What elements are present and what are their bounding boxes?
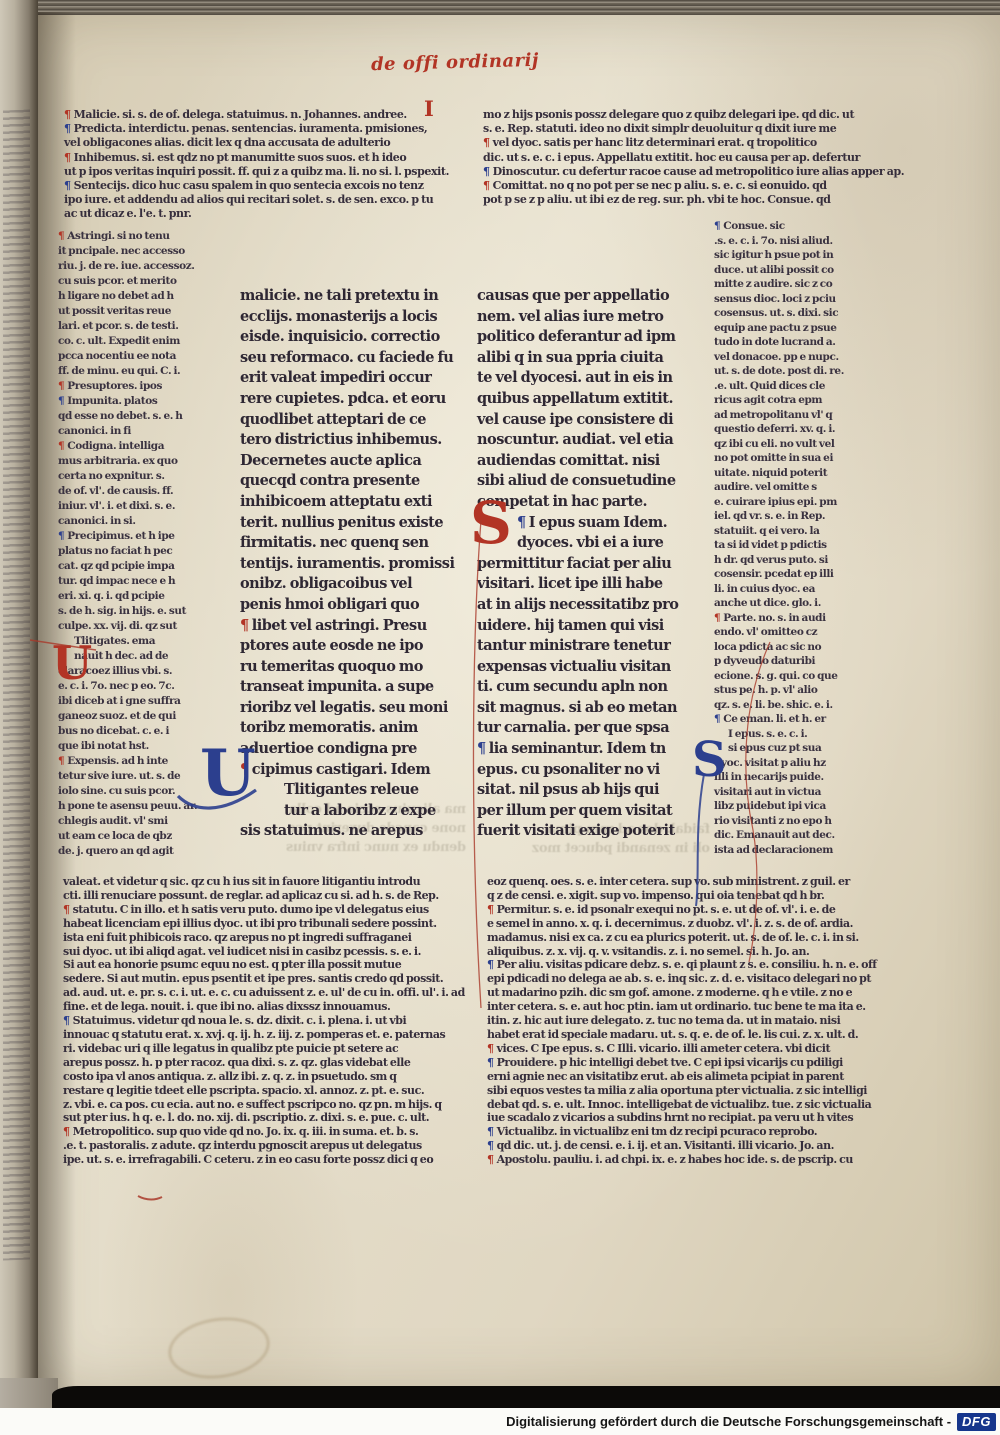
text-line: ut possit veritas reue — [58, 304, 236, 319]
text-line: p dyveudo daturibi — [714, 654, 864, 669]
text-line: toribz memoratis. anim — [240, 718, 466, 739]
text-line: vel cause ipe consistere di — [477, 410, 715, 431]
text-line: politico deferantur ad ipm — [477, 327, 715, 348]
paragraph-mark: ¶ — [64, 179, 71, 192]
paragraph-mark: ¶ — [63, 1125, 70, 1138]
margin-initial-u-red: U — [52, 640, 92, 686]
text-line: ¶Consue. sic — [714, 219, 864, 234]
text-line: sis statuimus. ne arepus — [240, 821, 466, 842]
text-line: canonici. in fi — [58, 424, 236, 439]
paragraph-mark: ¶ — [58, 230, 64, 242]
paragraph-mark: ¶ — [487, 1056, 494, 1069]
book-top-page-edges — [0, 0, 1000, 15]
text-line: ¶libet vel astringi. Presu — [240, 616, 466, 637]
text-line: ricus agit cotra epm — [714, 393, 864, 408]
text-line: valeat. et videtur q sic. qz cu h ius si… — [63, 875, 481, 889]
paragraph-mark: ¶ — [240, 617, 249, 634]
text-line: sibi equos vestes ta milia z alia oportu… — [487, 1084, 863, 1098]
text-line: ibi diceb at i gne suffra — [58, 694, 236, 709]
text-line: ru temeritas quoquo mo — [240, 657, 466, 678]
paragraph-mark: ¶ — [58, 380, 64, 392]
text-line: riu. j. de re. iue. accessoz. — [58, 259, 236, 274]
text-line: pcca nocentiu ee nota — [58, 349, 236, 364]
text-line: ipo iure. et addendu ad alios qui recita… — [64, 193, 444, 207]
text-line: certa no expnitur. s. — [58, 469, 236, 484]
text-line: lari. et pcor. s. de testi. — [58, 319, 236, 334]
text-line: audiendas comittat. nisi — [477, 451, 715, 472]
text-line: ut eam ce loca de qbz — [58, 829, 236, 844]
text-line: itin. z. hic aut iure delegato. z. tuc n… — [487, 1014, 863, 1028]
text-line: eoz quenq. oes. s. e. inter cetera. sup … — [487, 875, 863, 889]
text-line: mitte z audire. sic z co — [714, 277, 864, 292]
text-line: ut madarino pzih. dic sm gof. amone. z m… — [487, 986, 863, 1000]
text-line: eisde. inquisicio. correctio — [240, 327, 466, 348]
text-line: s. de h. sig. in hijs. e. sut — [58, 604, 236, 619]
text-line: ad. aud. ut. e. pr. s. c. i. ut. e. c. c… — [63, 986, 481, 1000]
paragraph-mark: ¶ — [487, 903, 494, 916]
text-line: de. j. quero an qd agit — [58, 844, 236, 859]
text-line: uidere. hij tamen qui visi — [477, 616, 715, 637]
text-line: eri. xi. q. i. qd pcipie — [58, 589, 236, 604]
text-line: ¶Victualibz. in victualibz eni tm dz rec… — [487, 1125, 863, 1139]
text-line: statuiit. q ei vero. la — [714, 524, 864, 539]
paragraph-mark: ¶ — [487, 958, 494, 971]
digitization-credit-bar: Digitalisierung gefördert durch die Deut… — [0, 1408, 1000, 1435]
text-line: noscuntur. audiat. vel etia — [477, 430, 715, 451]
text-line: it pncipale. nec accesso — [58, 244, 236, 259]
text-line: .e. t. pastoralis. z adute. qz interdu p… — [63, 1139, 481, 1153]
paragraph-mark: ¶ — [477, 740, 486, 757]
text-line: ta si id videt p pdictis — [714, 538, 864, 553]
text-line: ¶Prouidere. p hic intelligi debet tve. C… — [487, 1056, 863, 1070]
text-line: onibz. obligacoibus vel — [240, 574, 466, 595]
text-line: qz ibi cu eli. no vult vel — [714, 437, 864, 452]
text-line: ¶Metropolitico. sup quo vide qd no. Jo. … — [63, 1125, 481, 1139]
text-line: de of. vl'. de causis. ff. — [58, 484, 236, 499]
verso-showthrough-text — [3, 110, 30, 1261]
text-line: competat in hac parte. — [477, 492, 715, 513]
text-line: Decernetes aucte aplica — [240, 451, 466, 472]
text-line: canonici. in si. — [58, 514, 236, 529]
text-line: rio visitanti z no epo h — [714, 814, 864, 829]
text-line: ac ut dicaz e. l'e. t. pnr. — [64, 207, 444, 221]
text-line: ¶Predicta. interdictu. penas. sentencias… — [64, 122, 444, 136]
text-line: innouac q statutu erat. x. xvj. q. ij. h… — [63, 1028, 481, 1042]
text-line: rioribz vel legatis. seu moni — [240, 698, 466, 719]
bottom-gloss-right: eoz quenq. oes. s. e. inter cetera. sup … — [487, 875, 863, 1167]
text-line: sit magnus. si ab eo metan — [477, 698, 715, 719]
text-line: sedere. Si aut mutin. epus psentit et ip… — [63, 972, 481, 986]
text-line: ¶Dinoscutur. cu defertur racoe cause ad … — [483, 165, 863, 179]
text-line: tur a laboribz z expe — [240, 801, 466, 822]
text-line: chlegis audit. vl' smi — [58, 814, 236, 829]
text-line: ad metropolitanu vl' q — [714, 408, 864, 423]
main-text-column-left: malicie. ne tali pretextu inecclijs. mon… — [240, 286, 466, 842]
text-line: mus arbitraria. ex quo — [58, 454, 236, 469]
illuminated-initial-s-red: S — [470, 494, 512, 552]
illuminated-initial-u-blue: U — [200, 742, 256, 806]
text-line: arepus possz. h. p pter racoz. qua dixi.… — [63, 1056, 481, 1070]
text-line: ¶Codigna. intelliga — [58, 439, 236, 454]
text-line: ganeoz suoz. et de qui — [58, 709, 236, 724]
text-line: nem. vel alias iure metro — [477, 307, 715, 328]
text-line: duce. ut alibi possit co — [714, 263, 864, 278]
text-line: quodlibet atteptari de ce — [240, 410, 466, 431]
text-line: Si aut ea honorie psumc equu no est. q p… — [63, 958, 481, 972]
text-line: quibus appellatum extitit. — [477, 389, 715, 410]
text-line: permittitur faciat per aliu — [477, 554, 715, 575]
text-line: ¶qd dic. ut. j. de censi. e. i. ij. et a… — [487, 1139, 863, 1153]
text-line: fine. et de lega. nouit. i. que ibi no. … — [63, 1000, 481, 1014]
text-line: qd esse no debet. s. e. h — [58, 409, 236, 424]
text-line: dyoc. visitat p aliu hz — [714, 756, 864, 771]
text-line: qz. s. e. li. be. shic. e. i. — [714, 698, 864, 713]
text-line: ipe. ut. s. e. irrefragabili. C ceteru. … — [63, 1153, 481, 1167]
text-line: mo z hijs psonis possz delegare quo z qu… — [483, 108, 863, 122]
text-line: epi pdicadi no delega ae ab. s. e. inq s… — [487, 972, 863, 986]
text-line: causas que per appellatio — [477, 286, 715, 307]
text-line: visitari. licet ipe illi habe — [477, 574, 715, 595]
text-line: loca pdicta ac sic no — [714, 640, 864, 655]
text-line: epus. cu psonaliter no vi — [477, 760, 715, 781]
paragraph-mark: ¶ — [483, 136, 490, 149]
scan-black-band — [52, 1386, 1000, 1408]
paragraph-mark: ¶ — [63, 1014, 70, 1027]
text-line: ¶statutu. C in illo. et h satis veru put… — [63, 903, 481, 917]
text-line: habeat licenciam epi illius dyoc. ut ibi… — [63, 917, 481, 931]
text-line: endo. vl' omitteo cz — [714, 625, 864, 640]
paragraph-mark: ¶ — [58, 755, 64, 767]
text-line: habet erat id speciale madaru. ut. s. q.… — [487, 1028, 863, 1042]
text-line: cu suis pcor. et merito — [58, 274, 236, 289]
paragraph-mark: ¶ — [64, 122, 71, 135]
text-line: malicie. ne tali pretextu in — [240, 286, 466, 307]
text-line: cosensir. pcedat ep illi — [714, 567, 864, 582]
paragraph-mark: ¶ — [64, 108, 71, 121]
text-line: ¶Statuimus. videtur qd noua le. s. dz. d… — [63, 1014, 481, 1028]
text-line: ut. s. de dote. post di. re. — [714, 364, 864, 379]
text-line: ¶Sentecijs. dico huc casu spalem in quo … — [64, 179, 444, 193]
top-gloss-left: ¶Malicie. si. s. de of. delega. statuimu… — [64, 108, 444, 222]
text-line: transeat impunita. a supe — [240, 677, 466, 698]
text-line: z. vbi. e. ca pos. cu ecia. aut no. e su… — [63, 1098, 481, 1112]
text-line: .e. ult. Quid dices cle — [714, 379, 864, 394]
text-line: ¶Presuptores. ipos — [58, 379, 236, 394]
text-line: ¶Permitur. s. e. id psonalr exequi no pt… — [487, 903, 863, 917]
text-line: ¶Comittat. no q no pot per se nec p aliu… — [483, 179, 863, 193]
paragraph-mark: ¶ — [483, 165, 490, 178]
text-line: tur. qd impac nece e h — [58, 574, 236, 589]
main-text-column-right: causas que per appellationem. vel alias … — [477, 286, 715, 842]
paragraph-mark: ¶ — [63, 903, 70, 916]
text-line: ff. de minu. eu qui. C. i. — [58, 364, 236, 379]
text-line: ecione. s. g. qui. co que — [714, 669, 864, 684]
manuscript-scan: de offi ordinarij I ma alicuius eccie ad… — [0, 0, 1000, 1435]
text-line: iniur. vl'. i. et dixi. s. e. — [58, 499, 236, 514]
text-line: alibi q in sua ppria ciuita — [477, 348, 715, 369]
text-line: tero districtius inhibemus. — [240, 430, 466, 451]
text-line: sic igitur h psue pot in — [714, 248, 864, 263]
text-line: illi in necarijs puide. — [714, 770, 864, 785]
bottom-gloss-left: valeat. et videtur q sic. qz cu h ius si… — [63, 875, 481, 1167]
paragraph-mark: ¶ — [487, 1139, 494, 1152]
paragraph-mark: ¶ — [517, 514, 526, 531]
text-line: fuerit visitati exige poterit — [477, 821, 715, 842]
text-line: costo ipa vl anos antiqua. z. allz ibi. … — [63, 1070, 481, 1084]
text-line: ri. videbac uri q ille legatus in qualib… — [63, 1042, 481, 1056]
paragraph-mark: ¶ — [487, 1153, 494, 1166]
text-line: uitate. niquid poterit — [714, 466, 864, 481]
text-line: aliquibus. z. x. vij. q. v. vsitandis. z… — [487, 945, 863, 959]
text-line: Tlitigantes releue — [240, 780, 466, 801]
text-line: tantur ministrare tenetur — [477, 636, 715, 657]
text-line: culpe. xx. vij. di. qz sut — [58, 619, 236, 634]
text-line: ¶Per aliu. visitas pdicare debz. s. e. q… — [487, 958, 863, 972]
text-line: sibi aliud de consuetudine — [477, 471, 715, 492]
text-line: h dr. qd verus puto. si — [714, 553, 864, 568]
text-line: visitari aut in victua — [714, 785, 864, 800]
text-line: .s. e. c. i. 7o. nisi aliud. — [714, 234, 864, 249]
text-line: cosensus. ut. s. dixi. sic — [714, 306, 864, 321]
text-line: quecqd contra presente — [240, 471, 466, 492]
paragraph-mark: ¶ — [58, 395, 64, 407]
paragraph-mark: ¶ — [487, 1125, 494, 1138]
text-line: sitat. nil psus ab hijs qui — [477, 780, 715, 801]
text-line: inter cetera. s. e. aut hoc ptin. iam ut… — [487, 1000, 863, 1014]
text-line: ut p ipos veritas inquiri possit. ff. qu… — [64, 165, 444, 179]
text-line: tur carnalia. per que spsa — [477, 718, 715, 739]
text-line: rere cupietes. pdca. et eoru — [240, 389, 466, 410]
text-line: expensas victualiu visitan — [477, 657, 715, 678]
text-line: ¶Astringi. si no tenu — [58, 229, 236, 244]
text-line: ¶Malicie. si. s. de of. delega. statuimu… — [64, 108, 444, 122]
text-line: iue scadalo z vicarios a subdins hrnt no… — [487, 1111, 863, 1125]
text-line: co. c. ult. Expedit enim — [58, 334, 236, 349]
text-line: madamus. nisi ex ca. z cu ea plurics pot… — [487, 931, 863, 945]
text-line: penis hmoi obligari quo — [240, 595, 466, 616]
dfg-logo: DFG — [957, 1413, 996, 1431]
text-line: tudo in dote lucrand a. — [714, 335, 864, 350]
text-line: anche ut dice. glo. i. — [714, 596, 864, 611]
paragraph-mark: ¶ — [64, 151, 71, 164]
text-line: ¶Apostolu. pauliu. i. ad chpi. ix. e. z … — [487, 1153, 863, 1167]
text-line: seu reformaco. cu faciede fu — [240, 348, 466, 369]
paragraph-mark: ¶ — [58, 440, 64, 452]
text-line: erit valeat impediri occur — [240, 368, 466, 389]
text-line: sui dyoc. ut ibi aliqd agat. vel iudicet… — [63, 945, 481, 959]
text-line: si epus cuz pt sua — [714, 741, 864, 756]
text-line: dic. ut s. e. c. i epus. Appellatu extit… — [483, 151, 863, 165]
text-line: ¶Ce eman. li. et h. er — [714, 712, 864, 727]
paragraph-mark: ¶ — [714, 220, 720, 232]
text-line: aduertioe condigna pre — [240, 739, 466, 760]
paragraph-mark: ¶ — [487, 1042, 494, 1055]
text-line: ¶Precipimus. et h ipe — [58, 529, 236, 544]
text-line: ¶Impunita. platos — [58, 394, 236, 409]
text-line: ¶vices. C Ipe epus. s. C Illi. vicario. … — [487, 1042, 863, 1056]
text-line: vel donacoe. pp e nupc. — [714, 350, 864, 365]
text-line: ista eni fuit phibicois raco. qz arepus … — [63, 931, 481, 945]
text-line: libz puidebut ipi vica — [714, 799, 864, 814]
text-line: q z de censi. e. xigit. sup vo. impenso.… — [487, 889, 863, 903]
text-line: ista ad declaracionem — [714, 843, 864, 858]
text-line: cti. illi renuciare possunt. de reglar. … — [63, 889, 481, 903]
text-line: iel. qd vr. s. e. in Rep. — [714, 509, 864, 524]
text-line: ¶I epus suam Idem. — [477, 513, 715, 534]
text-line: s. e. Rep. statuti. ideo no dixit simplr… — [483, 122, 863, 136]
text-line: tentijs. iuramentis. promissi — [240, 554, 466, 575]
text-line: li. in cuius dyoc. ea — [714, 582, 864, 597]
text-line: ptores aute eosde ne ipo — [240, 636, 466, 657]
text-line: I epus. s. e. c. i. — [714, 727, 864, 742]
text-line: sut pter ius. h q. e. l. do. no. xij. di… — [63, 1111, 481, 1125]
text-line: ¶cipimus castigari. Idem — [240, 760, 466, 781]
text-line: firmitatis. nec quenq sen — [240, 533, 466, 554]
text-line: no pot omitte in sua ei — [714, 451, 864, 466]
text-line: at in alijs necessitatibz pro — [477, 595, 715, 616]
text-line: stus pe. h. p. vl' alio — [714, 683, 864, 698]
text-line: ¶Parte. no. s. in audi — [714, 611, 864, 626]
text-line: per illum per quem visitat — [477, 801, 715, 822]
text-line: ecclijs. monasterijs a locis — [240, 307, 466, 328]
text-line: platus no faciat h pec — [58, 544, 236, 559]
text-line: restare q legitie tdeet elle pscripta. s… — [63, 1084, 481, 1098]
text-line: ¶vel dyoc. satis per hanc litz determina… — [483, 136, 863, 150]
text-line: ¶Inhibemus. si. est qdz no pt manumitte … — [64, 151, 444, 165]
text-line: debat qd. s. e. ult. Innoc. intelligebat… — [487, 1098, 863, 1112]
text-line: pot p se z p aliu. ut ibi ez de reg. sur… — [483, 193, 863, 207]
text-line: dic. Emanauit aut dec. — [714, 828, 864, 843]
text-line: ¶lia seminantur. Idem tn — [477, 739, 715, 760]
right-margin-gloss: ¶Consue. sic.s. e. c. i. 7o. nisi aliud.… — [714, 219, 864, 857]
text-line: ti. cum secundu apln non — [477, 677, 715, 698]
text-line: questio deferri. xv. q. i. — [714, 422, 864, 437]
text-line: te vel dyocesi. aut in eis in — [477, 368, 715, 389]
text-line: h ligare no debet ad h — [58, 289, 236, 304]
text-line: terit. nullius penitus existe — [240, 513, 466, 534]
margin-initial-s-blue: S — [692, 736, 727, 784]
text-line: audire. vel omitte s — [714, 480, 864, 495]
digitization-credit-text: Digitalisierung gefördert durch die Deut… — [506, 1414, 951, 1429]
paragraph-mark: ¶ — [58, 530, 64, 542]
text-line: e. cuirare ipius epi. pm — [714, 495, 864, 510]
text-line: equip ane pactu z psue — [714, 321, 864, 336]
text-line: cat. qz qd pcipie impa — [58, 559, 236, 574]
text-line: vel obligacones alias. dicit lex q dna a… — [64, 136, 444, 150]
text-line: dyoces. vbi ei a iure — [477, 533, 715, 554]
text-line: inhibicoem atteptatu exti — [240, 492, 466, 513]
paragraph-mark: ¶ — [483, 179, 490, 192]
text-line: sensus dioc. loci z pciu — [714, 292, 864, 307]
top-gloss-right: mo z hijs psonis possz delegare quo z qu… — [483, 108, 863, 207]
text-line: e semel in anno. x. q. i. decernimus. z … — [487, 917, 863, 931]
text-line: erni agnie nec an visitatibz erut. ab ei… — [487, 1070, 863, 1084]
